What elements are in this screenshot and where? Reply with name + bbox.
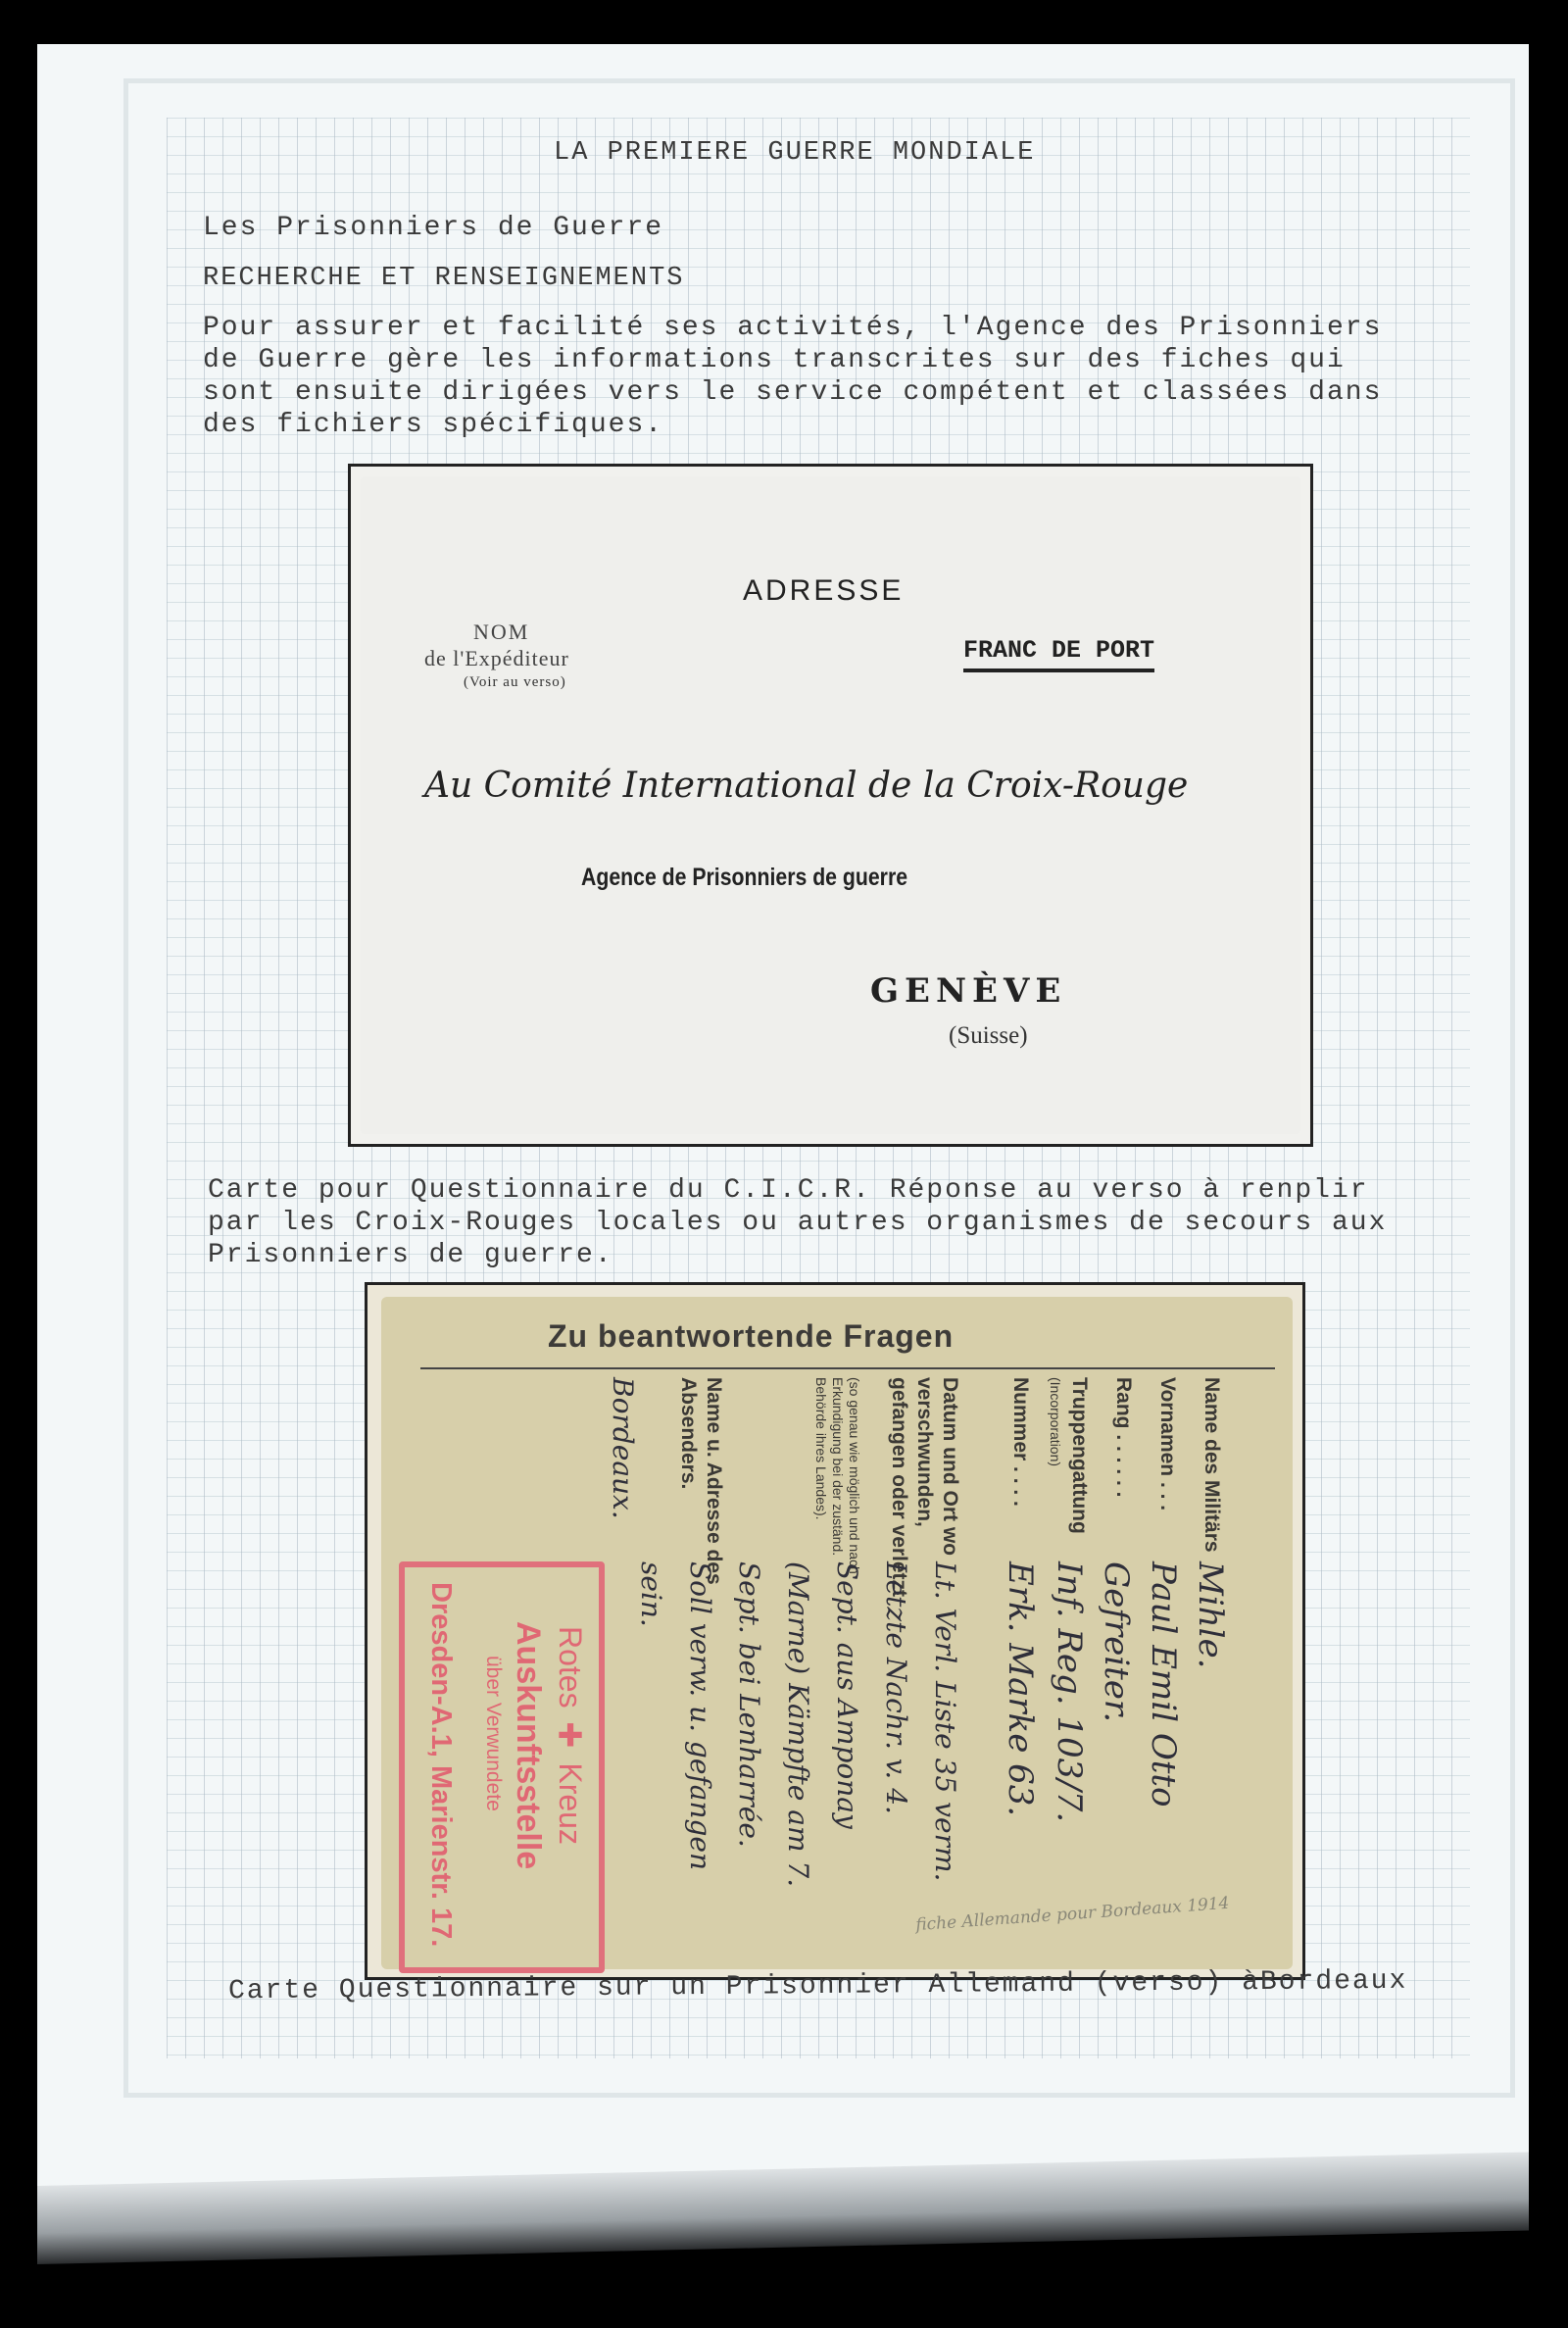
field-value: Mihle. (1191, 1561, 1230, 1668)
field-label: Vornamen . . . (1155, 1377, 1179, 1511)
middle-paragraph: Carte pour Questionnaire du C.I.C.R. Rép… (208, 1174, 1387, 1271)
card-surface: ADRESSE NOM de l'Expéditeur (Voir au ver… (361, 476, 1300, 1134)
field-value: Paul Emil Otto (1144, 1561, 1183, 1807)
questionnaire-card-back: Zu beantwortende Fragen Name des Militär… (365, 1282, 1305, 1980)
middle-line: par les Croix-Rouges locales ou autres o… (208, 1207, 1387, 1239)
field-label: Nummer . . . . (1008, 1377, 1032, 1507)
card-franc-de-port: FRANC DE PORT (963, 636, 1154, 672)
card-city: GENÈVE (870, 971, 1066, 1011)
card-agence: Agence de Prisonniers de guerre (581, 864, 907, 892)
pencil-annotation: fiche Allemande pour Bordeaux 1914 (915, 1894, 1230, 1935)
card-nom: NOM (473, 619, 529, 645)
middle-line: Prisonniers de guerre. (208, 1239, 1387, 1271)
card-voir-verso: (Voir au verso) (464, 674, 566, 691)
card-header: Zu beantwortende Fragen (548, 1318, 954, 1355)
stamp-line: über Verwundete (481, 1656, 505, 1811)
card-surface: Zu beantwortende Fragen Name des Militär… (381, 1297, 1293, 1969)
page-title: LA PREMIERE GUERRE MONDIALE (554, 137, 1035, 170)
card-expediteur: de l'Expéditeur (424, 646, 569, 671)
card-adresse: ADRESSE (743, 574, 904, 608)
field-label: Truppengattung (1067, 1377, 1091, 1534)
field-value: Erk. Marke 63. (1001, 1561, 1040, 1816)
address-card-front: ADRESSE NOM de l'Expéditeur (Voir au ver… (348, 464, 1313, 1147)
header-rule (420, 1367, 1275, 1369)
intro-line: de Guerre gère les informations transcri… (203, 344, 1382, 376)
field-label: Rang . . . . . . (1111, 1377, 1135, 1498)
card-country: (Suisse) (949, 1022, 1028, 1050)
intro-paragraph: Pour assurer et facilité ses activités, … (203, 312, 1382, 441)
field-value: Inf. Reg. 103/7. (1050, 1561, 1089, 1822)
intro-line: sont ensuite dirigées vers le service co… (203, 376, 1382, 409)
section-subheading: RECHERCHE ET RENSEIGNEMENTS (203, 263, 684, 295)
red-cross-stamp: Rotes ✚ Kreuz Auskunftsstelle über Verwu… (399, 1561, 605, 1973)
middle-line: Carte pour Questionnaire du C.I.C.R. Rép… (208, 1174, 1387, 1207)
intro-line: des fichiers spécifiques. (203, 409, 1382, 441)
intro-line: Pour assurer et facilité ses activités, … (203, 312, 1382, 344)
field-sublabel: (Incorporation) (1048, 1377, 1063, 1466)
field-value: Lt. Verl. Liste 35 verm. Letzte Nachr. v… (626, 1561, 969, 1895)
stamp-line: Dresden-A.1, Marienstr. 17. (424, 1582, 457, 1947)
section-heading: Les Prisonniers de Guerre (203, 212, 663, 244)
card-recipient: Au Comité International de la Croix-Roug… (424, 766, 1188, 806)
field-label: Name des Militärs (1200, 1377, 1223, 1553)
field-value: Gefreiter. (1097, 1561, 1136, 1722)
stamp-line: Rotes ✚ Kreuz (552, 1626, 589, 1845)
stamp-line: Auskunftsstelle (509, 1621, 547, 1869)
field-value: Bordeaux. (607, 1377, 639, 1519)
